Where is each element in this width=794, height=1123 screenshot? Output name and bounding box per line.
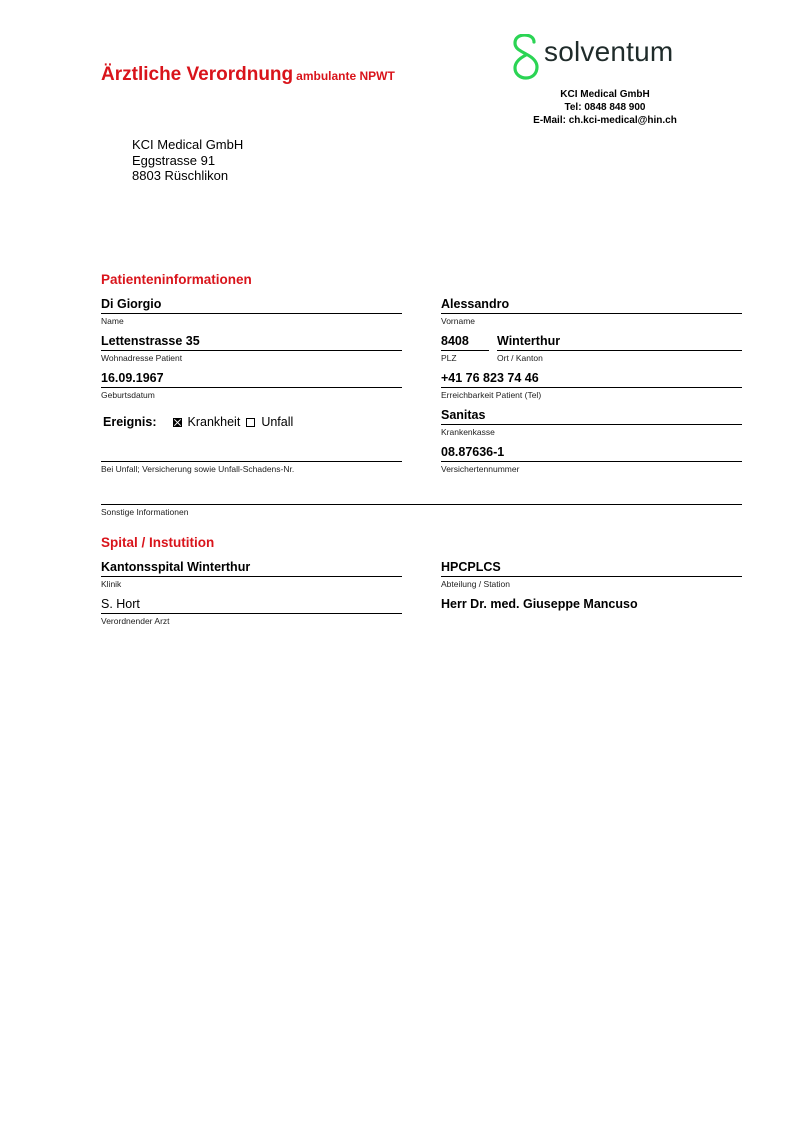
krankenkasse-value[interactable]: Sanitas [441,406,742,424]
abteilung-field[interactable]: HPCPLCS Abteilung / Station [441,558,742,589]
ort-underline [497,350,742,351]
address-field[interactable]: Lettenstrasse 35 Wohnadresse Patient [101,332,402,363]
name-underline [101,313,402,314]
solventum-logo: solventum [512,34,692,80]
name-field[interactable]: Di Giorgio Name [101,295,402,326]
arzt-label: Verordnender Arzt [101,616,402,626]
ort-value[interactable]: Winterthur [497,332,742,350]
klinik-underline [101,576,402,577]
address-value[interactable]: Lettenstrasse 35 [101,332,402,350]
abteilung-label: Abteilung / Station [441,579,742,589]
address-label: Wohnadresse Patient [101,353,402,363]
vorname-value[interactable]: Alessandro [441,295,742,313]
ort-field[interactable]: Winterthur Ort / Kanton [497,332,742,363]
vorname-field[interactable]: Alessandro Vorname [441,295,742,326]
recipient-address: KCI Medical GmbH Eggstrasse 91 8803 Rüsc… [132,137,243,184]
contact-block: KCI Medical GmbH Tel: 0848 848 900 E-Mai… [500,88,710,127]
vorname-label: Vorname [441,316,742,326]
unfall-checkbox[interactable] [246,418,255,427]
plz-label: PLZ [441,353,489,363]
birthdate-label: Geburtsdatum [101,390,402,400]
unfall-versicherung-underline [101,461,402,462]
arzt-right-value[interactable]: Herr Dr. med. Giuseppe Mancuso [441,595,742,613]
versichertennummer-field[interactable]: 08.87636-1 Versichertennummer [441,443,742,474]
birthdate-underline [101,387,402,388]
title-main: Ärztliche Verordnung [101,64,293,85]
plz-field[interactable]: 8408 PLZ [441,332,489,363]
klinik-value[interactable]: Kantonsspital Winterthur [101,558,402,576]
address-line-2: Eggstrasse 91 [132,153,243,169]
address-line-3: 8803 Rüschlikon [132,168,243,184]
krankenkasse-label: Krankenkasse [441,427,742,437]
unfall-versicherung-field[interactable]: Bei Unfall; Versicherung sowie Unfall-Sc… [101,443,402,474]
patient-section-heading: Patienteninformationen [101,272,252,287]
unfall-versicherung-label: Bei Unfall; Versicherung sowie Unfall-Sc… [101,464,402,474]
abteilung-underline [441,576,742,577]
krankheit-checkbox[interactable] [173,418,182,427]
contact-phone: Tel: 0848 848 900 [500,101,710,114]
birthdate-value[interactable]: 16.09.1967 [101,369,402,387]
versichertennummer-underline [441,461,742,462]
solventum-s-logo-icon [512,34,542,80]
arzt-value[interactable]: S. Hort [101,595,402,613]
arzt-field[interactable]: S. Hort Verordnender Arzt [101,595,402,626]
unfall-option-label: Unfall [261,415,293,429]
hospital-section-heading: Spital / Instutition [101,535,214,550]
phone-field[interactable]: +41 76 823 74 46 Erreichbarkeit Patient … [441,369,742,400]
name-label: Name [101,316,402,326]
vorname-underline [441,313,742,314]
phone-underline [441,387,742,388]
address-underline [101,350,402,351]
contact-email: E-Mail: ch.kci-medical@hin.ch [500,114,710,127]
abteilung-value[interactable]: HPCPLCS [441,558,742,576]
birthdate-field[interactable]: 16.09.1967 Geburtsdatum [101,369,402,400]
arzt-underline [101,613,402,614]
logo-wordmark: solventum [544,36,673,68]
phone-label: Erreichbarkeit Patient (Tel) [441,390,742,400]
document-title: Ärztliche Verordnungambulante NPWT [101,64,395,86]
versichertennummer-value[interactable]: 08.87636-1 [441,443,742,461]
sonstige-field[interactable]: Sonstige Informationen [101,486,742,517]
ereignis-group: Ereignis: Krankheit Unfall [103,415,299,429]
krankheit-option-label: Krankheit [188,415,241,429]
contact-company: KCI Medical GmbH [500,88,710,101]
ort-label: Ort / Kanton [497,353,742,363]
ereignis-label: Ereignis: [103,415,157,429]
sonstige-underline [101,504,742,505]
unfall-versicherung-value[interactable] [101,443,402,461]
phone-value[interactable]: +41 76 823 74 46 [441,369,742,387]
krankenkasse-field[interactable]: Sanitas Krankenkasse [441,406,742,437]
plz-value[interactable]: 8408 [441,332,489,350]
plz-underline [441,350,489,351]
versichertennummer-label: Versichertennummer [441,464,742,474]
sonstige-label: Sonstige Informationen [101,507,742,517]
krankenkasse-underline [441,424,742,425]
sonstige-value[interactable] [101,486,742,504]
name-value[interactable]: Di Giorgio [101,295,402,313]
title-subtitle: ambulante NPWT [296,69,395,83]
arzt-right-field[interactable]: Herr Dr. med. Giuseppe Mancuso [441,595,742,613]
address-line-1: KCI Medical GmbH [132,137,243,153]
klinik-field[interactable]: Kantonsspital Winterthur Klinik [101,558,402,589]
klinik-label: Klinik [101,579,402,589]
